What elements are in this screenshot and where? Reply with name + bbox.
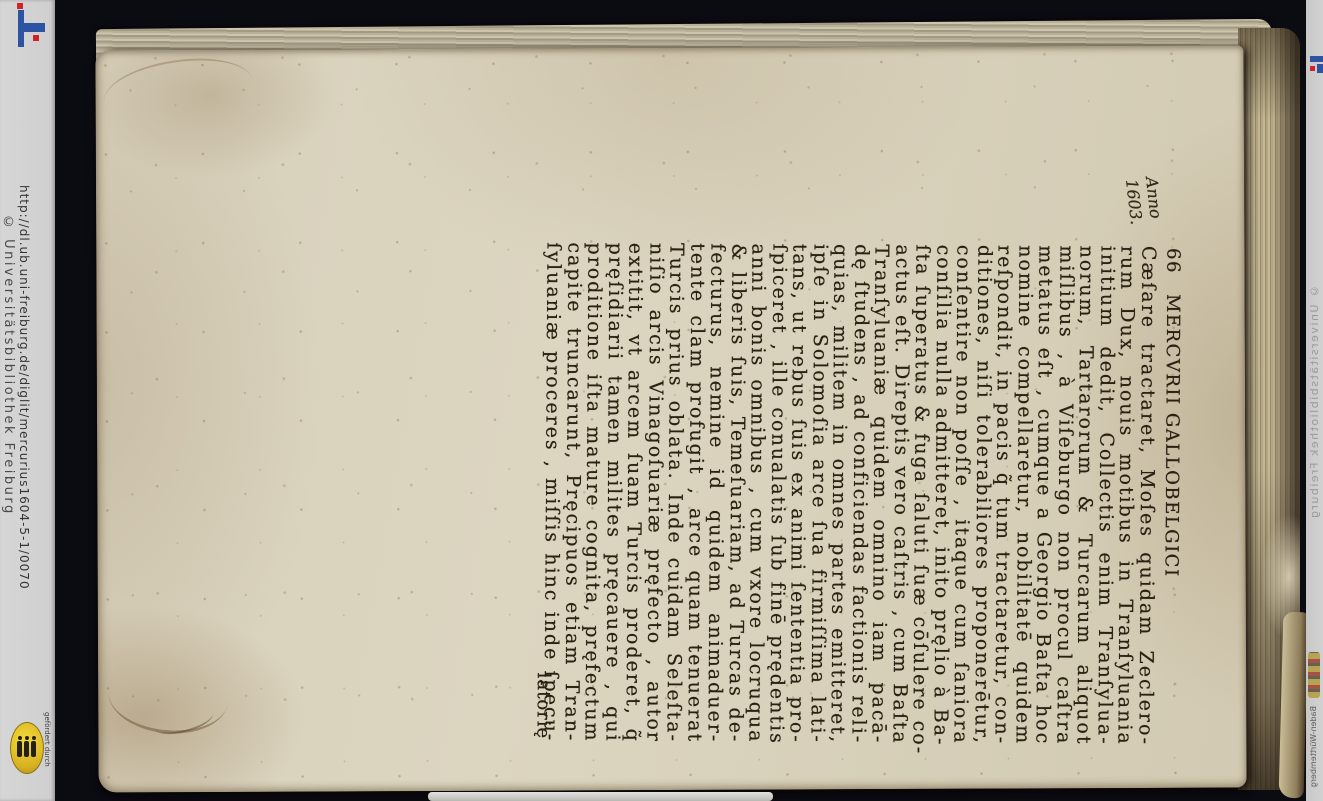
- page-number: 66: [1162, 248, 1183, 274]
- copyright-text-mirrored: © Universitätsbibliothek Freiburg: [1308, 285, 1321, 519]
- logo-blue-bar: [24, 23, 45, 32]
- copyright-text: © Universitätsbibliothek Freiburg: [1, 215, 16, 516]
- book-cover-edge: [1279, 612, 1309, 799]
- logo-red-square: [33, 35, 39, 41]
- page-text-line: actus eſt. Direptis vero caſtris , cum B…: [889, 244, 913, 744]
- university-library-logo-icon: [0, 0, 55, 55]
- source-url-text: http://dl.ub.uni-freiburg.de/diglit/merc…: [17, 185, 31, 590]
- running-header: 66 MERCVRII GALLOBELGICI: [1160, 248, 1183, 578]
- page-text-line: nomine compellaretur, nobilitatē quidem: [1012, 245, 1036, 745]
- page-text-line: initium dedit, Collectis enim Tranſylua-: [1094, 246, 1118, 746]
- scanner-bed-sliver: [428, 792, 773, 801]
- funder-logo-icon: [10, 722, 44, 774]
- page-text-line: dę ſtudens , ad conficiendas factionis r…: [848, 244, 872, 744]
- margin-note: Anno 1603.: [1121, 176, 1168, 246]
- scanned-page: 66 MERCVRII GALLOBELGICI Anno 1603. Cæſa…: [95, 45, 1246, 792]
- page-text-line: & liberis ſuis, Temeſuariam, ad Turcas d…: [725, 243, 749, 743]
- page-text-line: capite truncarunt, Pręcipuos etiam Tran-: [561, 242, 585, 742]
- page-body-text: Cæſare tractaret, Moſes quidam Zeclero-r…: [540, 242, 1158, 746]
- logo-fragment-blue: [1310, 56, 1323, 62]
- region-text-mirrored: Baden-Württemberg: [1309, 706, 1318, 787]
- page-text-line: conſilia nulla admitteret, inito pręlio …: [930, 245, 954, 745]
- logo-fragment-blue: [1317, 64, 1323, 73]
- page-text-line: pręſidiarii tamen milites pręcauere , qu…: [602, 243, 626, 743]
- page-text-block: 66 MERCVRII GALLOBELGICI Anno 1603. Cæſa…: [536, 172, 1186, 749]
- book-scan-viewer: { "left_watermark": { "copyright_text": …: [0, 0, 1323, 801]
- scanner-background: 66 MERCVRII GALLOBELGICI Anno 1603. Cæſa…: [0, 0, 1323, 801]
- page-text-line: ſyluaniæ proceres , miſſis hinc inde ſpe…: [540, 242, 564, 742]
- page-text-line: ſpiceret , ille conualatis ſub finē pręd…: [766, 244, 790, 744]
- logo-red-square: [17, 3, 23, 9]
- page-text-line: niſio arcis Vinagoſuariæ pręfecto , auto…: [643, 243, 667, 743]
- page-text-line: ipſe in Solomoſia arce ſua firmiſſima la…: [807, 244, 831, 744]
- catchword: latorię: [532, 673, 553, 740]
- page-text-line: miſlibus , à Viſeburgo non procul caſtra: [1053, 245, 1077, 745]
- page-text-line: tente clam profugit , arce quam tenuerat: [684, 243, 708, 743]
- baden-wuerttemberg-crest-icon: [1308, 652, 1320, 698]
- page-text-line: Cæſare tractaret, Moſes quidam Zeclero-: [1135, 246, 1159, 746]
- logo-fragment-red: [1310, 66, 1315, 71]
- funding-note-text: gefördert durch: [43, 712, 51, 767]
- running-title: MERCVRII GALLOBELGICI: [1160, 294, 1183, 578]
- page-text-line: ditiones, niſi tolerabiliores proponerēt…: [971, 245, 995, 745]
